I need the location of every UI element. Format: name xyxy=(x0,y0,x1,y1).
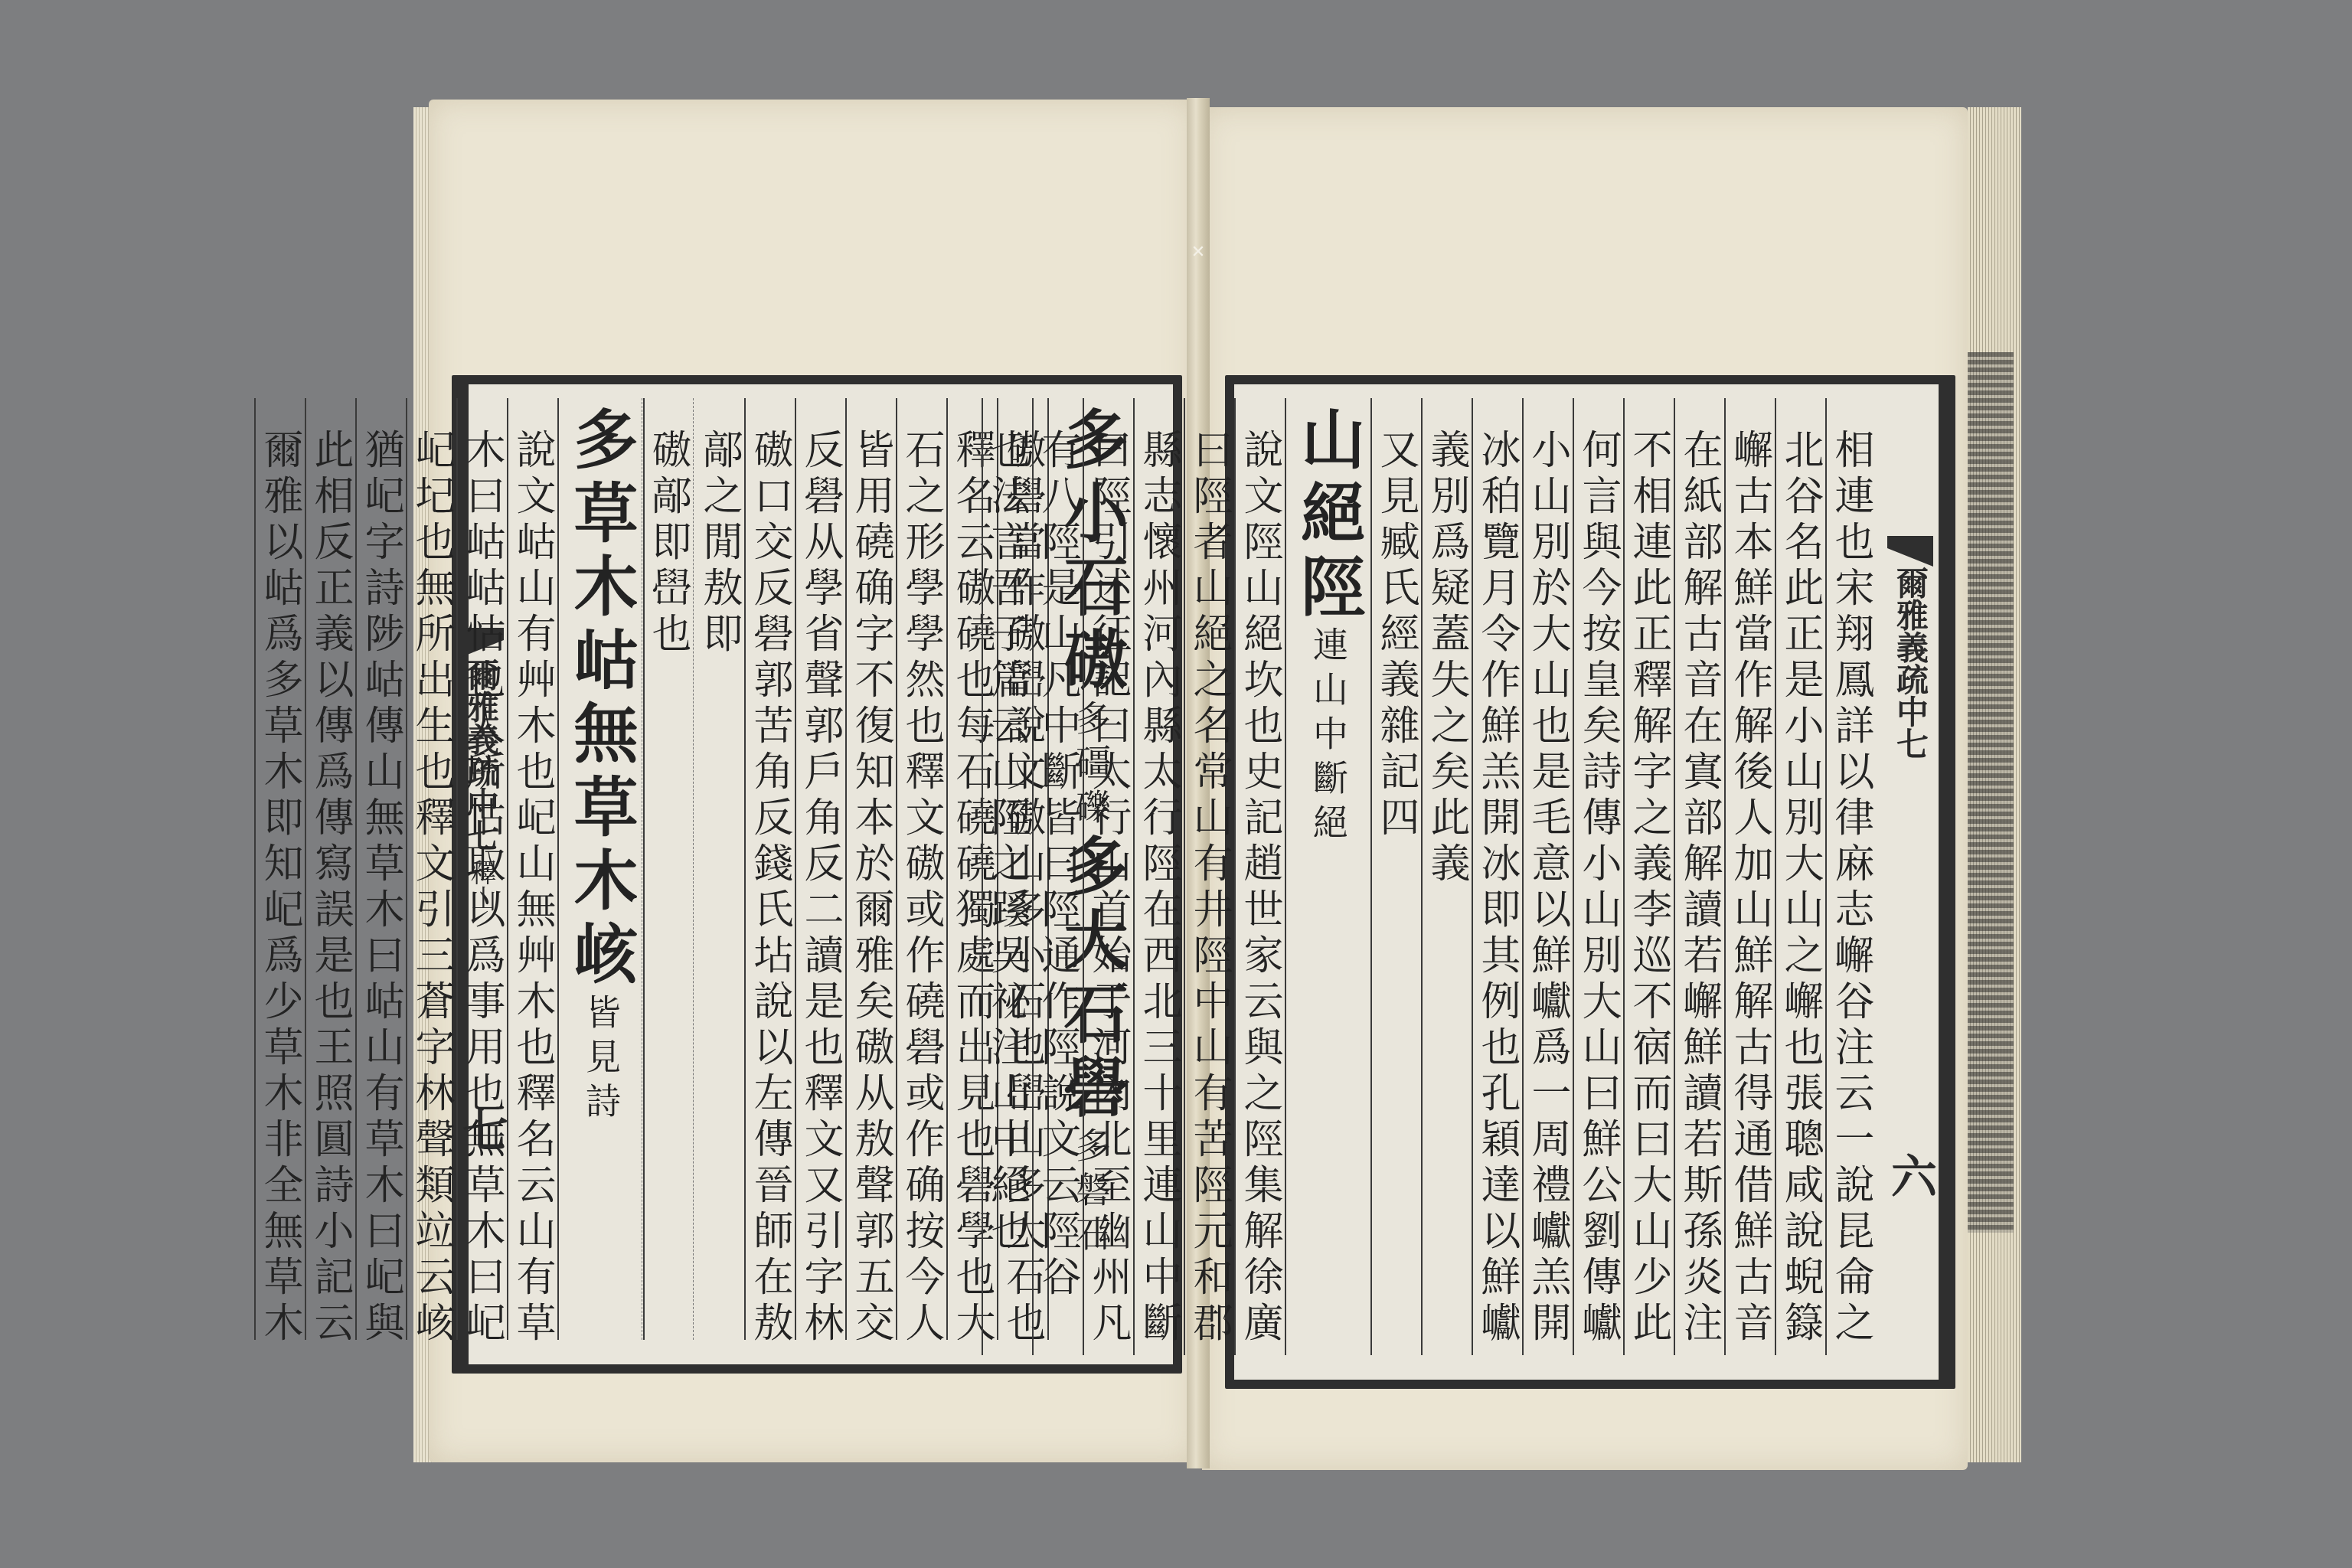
text-column: 此相反正義以傳爲傳寫誤是也王照圓詩小記云 xyxy=(305,398,355,1340)
text-column: 相連也宋翔鳳詳以律麻志嶰谷注云一說昆侖之 xyxy=(1825,398,1876,1355)
banxin-title: 爾雅義疏中七 xyxy=(1891,567,1929,759)
open-book: ✕ 爾雅義疏中七 釋山 七 多小石磝多礓礫多大石礐多磐石 磝礐當作磝嶨說文磝山多… xyxy=(413,92,2037,1478)
right-text-columns: 相連也宋翔鳳詳以律麻志嶰谷注云一說昆侖之 北谷名此正是小山別大山之嶰也張聰咸說蜺… xyxy=(1248,398,1876,1355)
text-column: 有八陘是山凡中斷皆曰陘通作陘說文云陘谷 xyxy=(1032,398,1083,1355)
entry-heading: 多草木岵無草木峐皆見詩 xyxy=(557,398,643,1340)
text-column: 屺圮也無所出生也釋文引三蒼字林聲類竝云峐 xyxy=(406,398,456,1340)
text-column: 爾雅以岵爲多草木即知屺爲少草木非全無草木 xyxy=(254,398,305,1340)
banxin-right: 爾雅義疏中七 xyxy=(1887,567,1933,759)
text-column: 又見臧氏經義雜記四 xyxy=(1370,398,1421,1355)
text-column: 曰陘者山絕之名常山有井陘中山有苦陘元和郡 xyxy=(1184,398,1234,1355)
text-column: 冰䄸覽月令作鮮羔開冰即其例也孔穎達以鮮巘 xyxy=(1472,398,1522,1355)
text-column: 鄗之閒敖即 xyxy=(693,398,744,1340)
text-column: 皆用磽确字不復知本於爾雅矣磝从敖聲郭五交 xyxy=(845,398,896,1340)
text-column: 曰陘引述征記曰太行山首始于河內北至幽州凡 xyxy=(1083,398,1133,1355)
folio-number-right: 六 xyxy=(1891,1141,1937,1207)
binding-thread-icon: ✕ xyxy=(1189,245,1207,260)
text-column: 反礐从學省聲郭戶角反二讀是也釋文又引字林 xyxy=(795,398,845,1340)
text-column: 嶰古本鮮當作解後人加山鮮解古得通借鮮古音 xyxy=(1724,398,1775,1355)
text-column: 說文陘山絕坎也史記趙世家云與之陘集解徐廣 xyxy=(1234,398,1285,1355)
text-column: 猶屺字詩陟岵傳山無草木曰岵山有草木曰屺與 xyxy=(355,398,406,1340)
page-edge-ink xyxy=(1968,352,2014,1233)
text-column: 在紙部解古音在寘部解讀若嶰鮮讀若斯孫炎注 xyxy=(1674,398,1724,1355)
text-column: 縣志懷州河內縣太行陘在西北三十里連山中斷 xyxy=(1133,398,1184,1355)
text-column: 說文岵山有艸木也屺山無艸木也釋名云山有草 xyxy=(507,398,557,1340)
text-column: 磝口交反礐郭苦角反錢氏坫說以左傳晉師在敖 xyxy=(744,398,795,1340)
text-column: 小山別於大山也是毛意以鮮巘爲一周禮巘羔開 xyxy=(1522,398,1573,1355)
entry-heading: 山絕陘連山中斷絕 xyxy=(1285,398,1370,1355)
text-column: 不相連此正釋解字之義李巡不㝛而曰大山少此 xyxy=(1623,398,1674,1355)
text-column: 也法言吾子篇云山陘之蹊吳祕注山中絕也 xyxy=(982,398,1032,1355)
text-column: 木曰岵岵怙也人所怙取以爲事用也無草木曰屺 xyxy=(456,398,507,1340)
text-column: 石之形學學然也釋文磝或作磽礐或作确按今人 xyxy=(896,398,946,1340)
text-column-pair: 鄗之閒敖即 磝鄗即嶨也 xyxy=(643,398,744,1340)
text-column: 磝鄗即嶨也 xyxy=(642,398,693,1340)
text-column: 何言與今按皇矣詩傳小山別大山曰鮮公劉傳巘 xyxy=(1573,398,1623,1355)
text-column: 義別爲疑蓋失之矣此義 xyxy=(1421,398,1472,1355)
text-column: 北谷名此正是小山別大山之嶰也張聰咸說蜺籙 xyxy=(1775,398,1825,1355)
